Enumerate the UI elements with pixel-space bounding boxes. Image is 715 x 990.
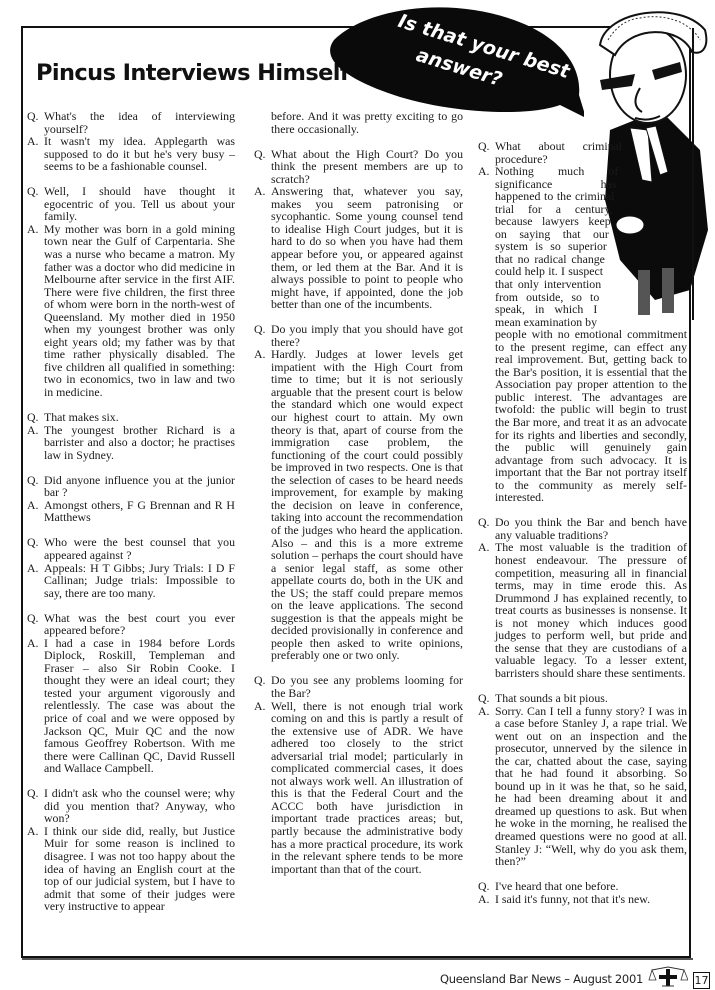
question: Q.Do you imply that you should have got … [254, 323, 463, 348]
article-column-3: Q.What about criminal procedure? A.Nothi… [478, 140, 687, 905]
answer: A.Answering that, whatever you say, make… [254, 185, 463, 310]
continued-answer: before. And it was pretty exciting to go… [254, 110, 463, 135]
question: Q.What about criminal procedure? [478, 140, 687, 165]
answer: A.I said it's funny, not that it's new. [478, 893, 687, 906]
question: Q.That makes six. [27, 411, 235, 424]
answer: A.Sorry. Can I tell a funny story? I was… [478, 705, 687, 868]
question: Q.Who were the best counsel that you app… [27, 536, 235, 561]
question: Q.I've heard that one before. [478, 880, 687, 893]
publication-footer: Queensland Bar News – August 2001 [440, 972, 643, 986]
bar-association-crest-icon [648, 966, 688, 988]
answer: A.I think our side did, really, but Just… [27, 825, 235, 913]
question: Q.Do you see any problems looming for th… [254, 674, 463, 699]
page-number: 17 [693, 972, 710, 989]
answer: A.Hardly. Judges at lower levels get imp… [254, 348, 463, 662]
frame-shadow [22, 958, 693, 960]
question: Q.That sounds a bit pious. [478, 692, 687, 705]
answer: A.The youngest brother Richard is a barr… [27, 424, 235, 462]
answer: A.It wasn't my idea. Applegarth was supp… [27, 135, 235, 173]
answer: A.I had a case in 1984 before Lords Dipl… [27, 637, 235, 775]
question: Q.Did anyone influence you at the junior… [27, 474, 235, 499]
answer: A.My mother was born in a gold mining to… [27, 223, 235, 399]
article-column-2: before. And it was pretty exciting to go… [254, 110, 463, 875]
article-column-1: Q.What's the idea of interviewing yourse… [27, 110, 235, 913]
article-title: Pincus Interviews Himself [36, 60, 349, 86]
question: Q.What about the High Court? Do you thin… [254, 148, 463, 186]
answer: A.Amongst others, F G Brennan and R H Ma… [27, 499, 235, 524]
question: Q.Do you think the Bar and bench have an… [478, 516, 687, 541]
question: Q.Well, I should have thought it egocent… [27, 185, 235, 223]
question: Q.What's the idea of interviewing yourse… [27, 110, 235, 135]
question: Q.What was the best court you ever appea… [27, 612, 235, 637]
answer: A.Well, there is not enough trial work c… [254, 700, 463, 876]
answer: A.The most valuable is the tradition of … [478, 541, 687, 679]
question: Q.I didn't ask who the counsel were; why… [27, 787, 235, 825]
answer: A.Nothing much of significance has happe… [478, 165, 687, 504]
answer: A.Appeals: H T Gibbs; Jury Trials: I D F… [27, 562, 235, 600]
